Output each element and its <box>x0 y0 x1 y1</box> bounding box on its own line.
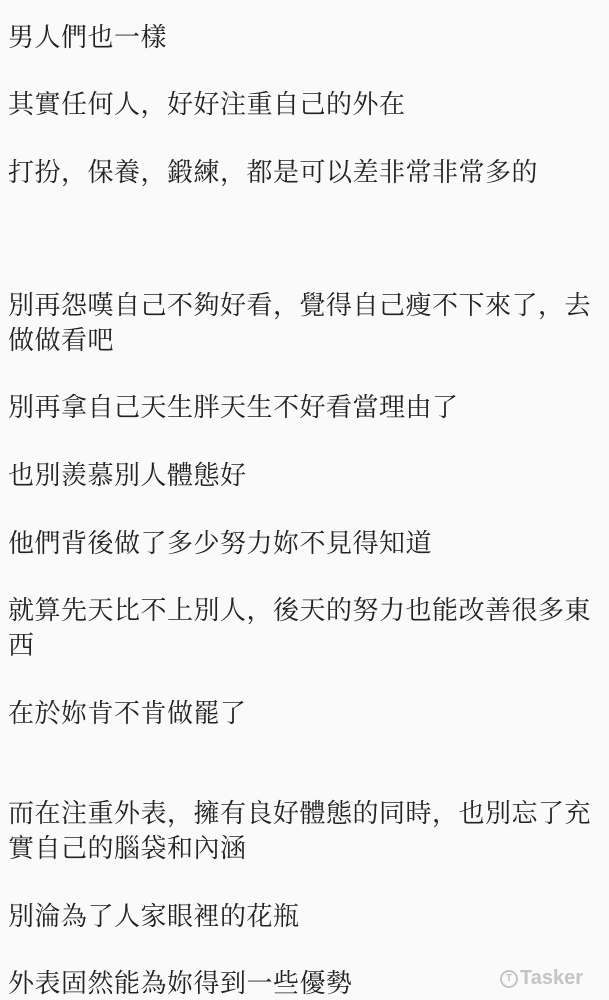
paragraph: 打扮，保養，鍛練，都是可以差非常非常多的 <box>8 156 603 191</box>
paragraph: 別再拿自己天生胖天生不好看當理由了 <box>8 391 603 426</box>
paragraph: 而在注重外表，擁有良好體態的同時，也別忘了充實自己的腦袋和內涵 <box>8 797 603 867</box>
paragraph: 其實任何人，好好注重自己的外在 <box>8 88 603 123</box>
paragraph: 在於妳肯不肯做罷了 <box>8 697 603 732</box>
tasker-watermark: T Tasker <box>500 967 583 990</box>
tasker-logo-icon: T <box>500 970 518 988</box>
paragraph: 他們背後做了多少努力妳不見得知道 <box>8 527 603 562</box>
paragraph: 男人們也一樣 <box>8 21 603 56</box>
paragraph: 別淪為了人家眼裡的花瓶 <box>8 900 603 935</box>
paragraph: 也別羨慕別人體態好 <box>8 459 603 494</box>
paragraph: 別再怨嘆自己不夠好看，覺得自己瘦不下來了，去做做看吧 <box>8 289 603 359</box>
watermark-label: Tasker <box>520 967 583 990</box>
paragraph: 就算先天比不上別人，後天的努力也能改善很多東西 <box>8 594 603 664</box>
